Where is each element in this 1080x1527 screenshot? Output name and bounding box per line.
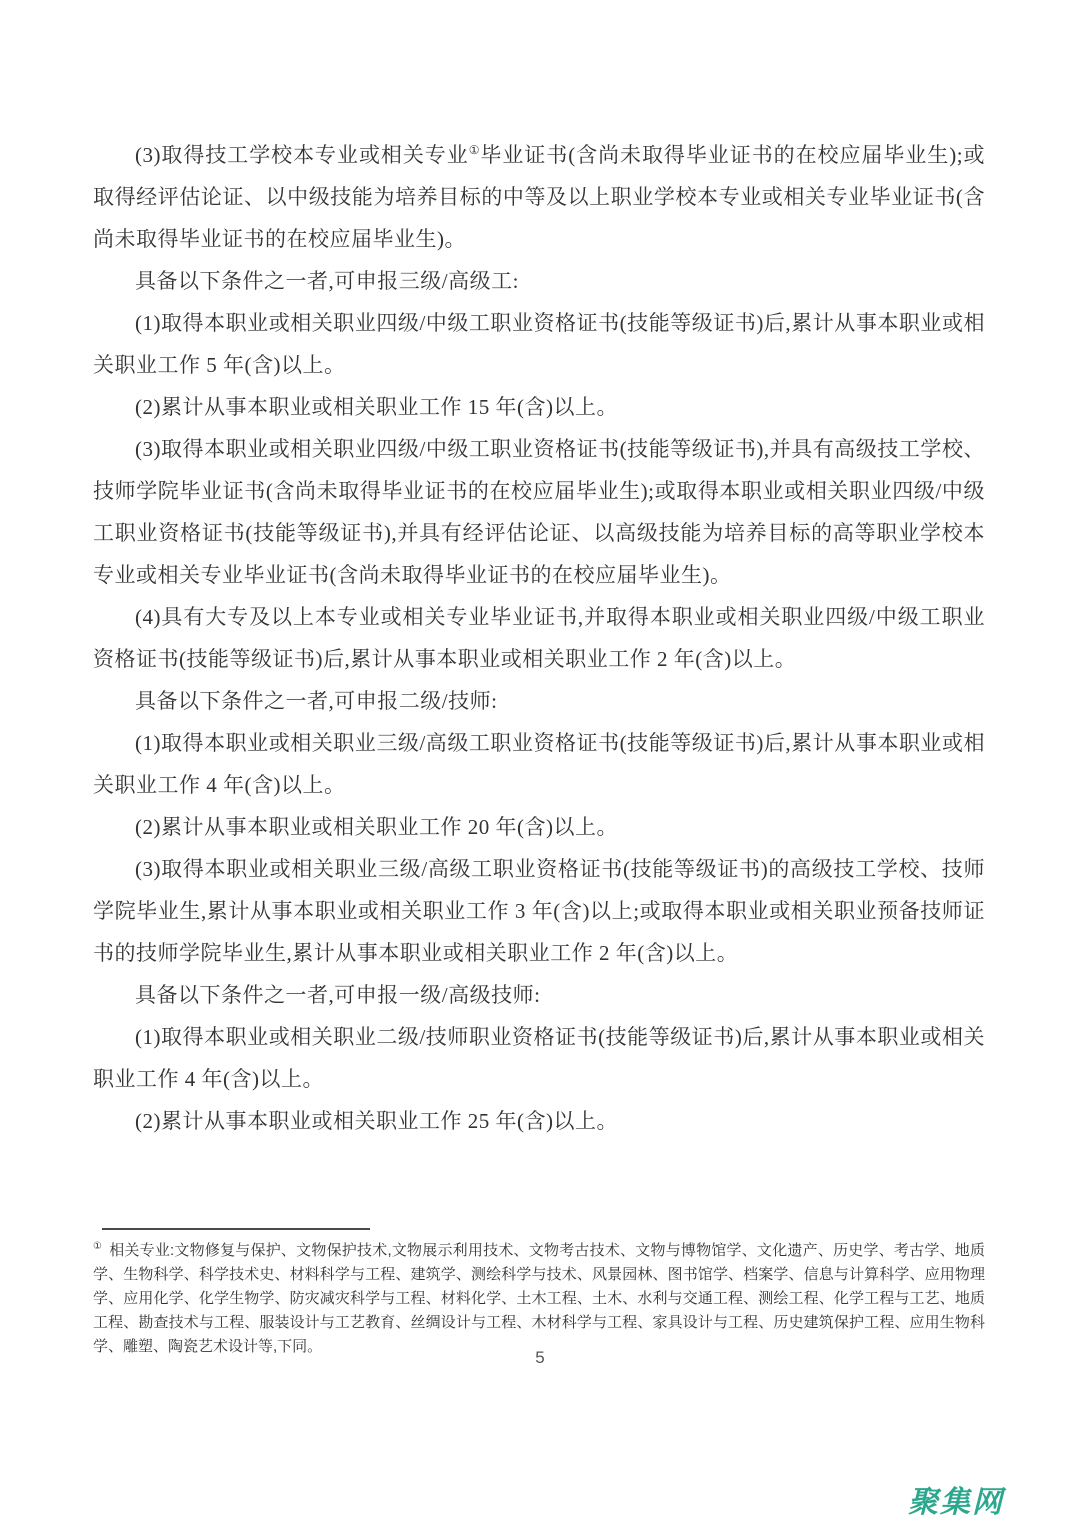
paragraph: 具备以下条件之一者,可申报一级/高级技师: [93,974,985,1016]
footnote: ①相关专业:文物修复与保护、文物保护技术,文物展示利用技术、文物考古技术、文物与… [93,1228,985,1359]
paragraph: 具备以下条件之一者,可申报三级/高级工: [93,260,985,302]
footnote-body: 相关专业:文物修复与保护、文物保护技术,文物展示利用技术、文物考古技术、文物与博… [93,1242,985,1355]
footnote-separator [102,1228,370,1230]
footnote-marker: ① [93,1241,102,1252]
paragraph: (2)累计从事本职业或相关职业工作 25 年(含)以上。 [93,1100,985,1142]
document-page: (3)取得技工学校本专业或相关专业①毕业证书(含尚未取得毕业证书的在校应届毕业生… [0,0,1080,1527]
paragraph: (4)具有大专及以上本专业或相关专业毕业证书,并取得本职业或相关职业四级/中级工… [93,596,985,680]
paragraph: (3)取得本职业或相关职业四级/中级工职业资格证书(技能等级证书),并具有高级技… [93,428,985,596]
footnote-text: ①相关专业:文物修复与保护、文物保护技术,文物展示利用技术、文物考古技术、文物与… [93,1239,985,1359]
paragraph: (1)取得本职业或相关职业四级/中级工职业资格证书(技能等级证书)后,累计从事本… [93,302,985,386]
footnote-ref: ① [469,143,481,157]
body-text: (3)取得技工学校本专业或相关专业①毕业证书(含尚未取得毕业证书的在校应届毕业生… [93,134,985,1142]
watermark: 聚集网 [908,1477,1004,1521]
paragraph: (2)累计从事本职业或相关职业工作 15 年(含)以上。 [93,386,985,428]
paragraph-text: (3)取得技工学校本专业或相关专业 [135,143,469,167]
paragraph: (3)取得本职业或相关职业三级/高级工职业资格证书(技能等级证书)的高级技工学校… [93,848,985,974]
paragraph: (1)取得本职业或相关职业三级/高级工职业资格证书(技能等级证书)后,累计从事本… [93,722,985,806]
paragraph: (1)取得本职业或相关职业二级/技师职业资格证书(技能等级证书)后,累计从事本职… [93,1016,985,1100]
paragraph: (3)取得技工学校本专业或相关专业①毕业证书(含尚未取得毕业证书的在校应届毕业生… [93,134,985,260]
paragraph: 具备以下条件之一者,可申报二级/技师: [93,680,985,722]
page-number: 5 [0,1348,1080,1368]
paragraph: (2)累计从事本职业或相关职业工作 20 年(含)以上。 [93,806,985,848]
